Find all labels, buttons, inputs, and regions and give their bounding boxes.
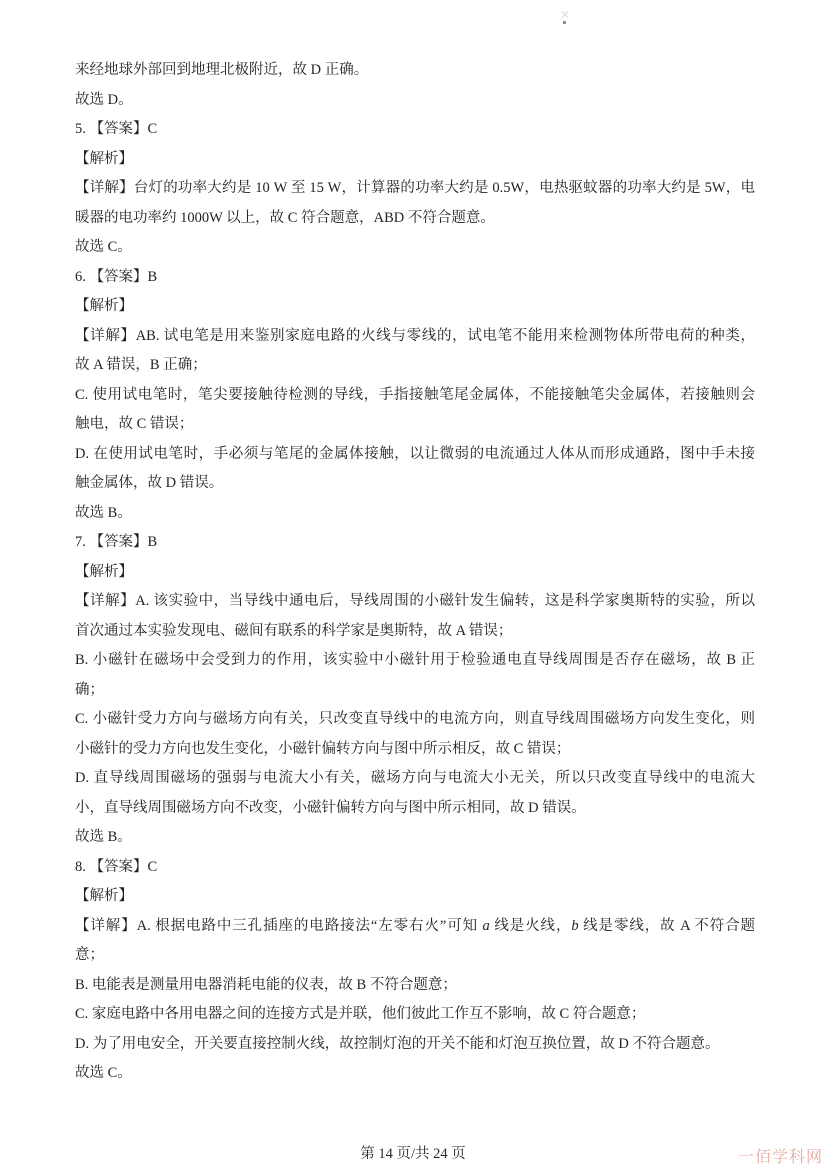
text-line: 意； <box>75 941 755 971</box>
text-line: B. 小磁针在磁场中会受到力的作用，该实验中小磁针用于检验通电直导线周围是否存在… <box>75 646 755 676</box>
text-line: D. 在使用试电笔时，手必须与笔尾的金属体接触，以让微弱的电流通过人体从而形成通… <box>75 440 755 470</box>
text-line: 故选 B。 <box>75 823 755 853</box>
text-line: 小，直导线周围磁场方向不改变，小磁针偏转方向与图中所示相同，故 D 错误。 <box>75 794 755 824</box>
text-line: 小磁针的受力方向也发生变化，小磁针偏转方向与图中所示相反，故 C 错误； <box>75 735 755 765</box>
text-line: 暖器的电功率约 1000W 以上，故 C 符合题意，ABD 不符合题意。 <box>75 204 755 234</box>
text-line: 故选 C。 <box>75 233 755 263</box>
text-line: 故选 C。 <box>75 1059 755 1089</box>
text-line: 故选 D。 <box>75 86 755 116</box>
text-line: 故 A 错误，B 正确； <box>75 351 755 381</box>
text-line: C. 小磁针受力方向与磁场方向有关，只改变直导线中的电流方向，则直导线周围磁场方… <box>75 705 755 735</box>
text-line: 【详解】A. 该实验中，当导线中通电后，导线周围的小磁针发生偏转，这是科学家奥斯… <box>75 587 755 617</box>
text-line: 【解析】 <box>75 292 755 322</box>
text-line: 【解析】 <box>75 558 755 588</box>
text-line: 【解析】 <box>75 145 755 175</box>
text-line: 5. 【答案】C <box>75 115 755 145</box>
text-line: 来经地球外部回到地理北极附近，故 D 正确。 <box>75 56 755 86</box>
text-line: 故选 B。 <box>75 499 755 529</box>
text-line: C. 家庭电路中各用电器之间的连接方式是并联，他们彼此工作互不影响，故 C 符合… <box>75 1000 755 1030</box>
document-page: ✕ 来经地球外部回到地理北极附近，故 D 正确。故选 D。5. 【答案】C【解析… <box>0 0 826 1169</box>
text-line: D. 直导线周围磁场的强弱与电流大小有关，磁场方向与电流大小无关，所以只改变直导… <box>75 764 755 794</box>
document-body: 来经地球外部回到地理北极附近，故 D 正确。故选 D。5. 【答案】C【解析】【… <box>75 56 755 1089</box>
text-line: 首次通过本实验发现电、磁间有联系的科学家是奥斯特，故 A 错误； <box>75 617 755 647</box>
text-line: 【详解】台灯的功率大约是 10 W 至 15 W，计算器的功率大约是 0.5W，… <box>75 174 755 204</box>
text-line: 触金属体，故 D 错误。 <box>75 469 755 499</box>
text-line: C. 使用试电笔时，笔尖要接触待检测的导线，手指接触笔尾金属体，不能接触笔尖金属… <box>75 381 755 411</box>
text-line: D. 为了用电安全，开关要直接控制火线，故控制灯泡的开关不能和灯泡互换位置，故 … <box>75 1030 755 1060</box>
text-line: 【详解】A. 根据电路中三孔插座的电路接法“左零右火”可知 a 线是火线，b 线… <box>75 912 755 942</box>
text-line: 8. 【答案】C <box>75 853 755 883</box>
scan-artifact-dot <box>563 21 566 24</box>
text-line: 【详解】AB. 试电笔是用来鉴别家庭电路的火线与零线的，试电笔不能用来检测物体所… <box>75 322 755 352</box>
text-line: 6. 【答案】B <box>75 263 755 293</box>
text-line: B. 电能表是测量用电器消耗电能的仪表，故 B 不符合题意； <box>75 971 755 1001</box>
page-number: 第 14 页/共 24 页 <box>0 1142 826 1163</box>
text-line: 触电，故 C 错误； <box>75 410 755 440</box>
text-line: 【解析】 <box>75 882 755 912</box>
watermark: 一佰学科网 <box>738 1144 823 1167</box>
text-line: 7. 【答案】B <box>75 528 755 558</box>
text-line: 确； <box>75 676 755 706</box>
